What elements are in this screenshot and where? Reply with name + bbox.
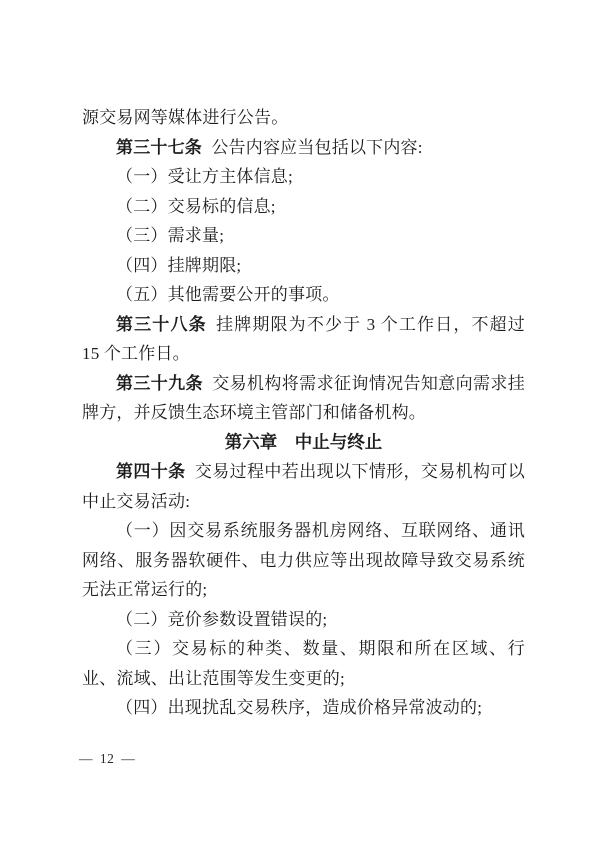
list-item-1: （一）因交易系统服务器机房网络、互联网络、通讯网络、服务器软硬件、电力供应等出现… <box>82 516 525 605</box>
paragraph-text: （二）交易标的信息; <box>116 197 276 216</box>
list-item-4: （四）挂牌期限; <box>82 251 525 281</box>
paragraph-text: 公告内容应当包括以下内容: <box>211 138 422 157</box>
paragraph-text: （三）交易标的种类、数量、期限和所在区域、行业、流域、出让范围等发生变更的; <box>82 639 525 688</box>
document-body: 源交易网等媒体进行公告。 第三十七条公告内容应当包括以下内容: （一）受让方主体… <box>82 103 525 723</box>
article-number: 第四十条 <box>116 462 186 481</box>
list-item-2: （二）竞价参数设置错误的; <box>82 605 525 635</box>
paragraph-text: （五）其他需要公开的事项。 <box>116 285 340 304</box>
list-item-1: （一）受让方主体信息; <box>82 162 525 192</box>
paragraph-text: （一）受让方主体信息; <box>116 167 293 186</box>
paragraph-text: 源交易网等媒体进行公告。 <box>82 108 288 127</box>
chapter-heading: 第六章 中止与终止 <box>82 428 525 458</box>
paragraph-text: （四）挂牌期限; <box>116 256 241 275</box>
paragraph-text: （三）需求量; <box>116 226 224 245</box>
document-page: 源交易网等媒体进行公告。 第三十七条公告内容应当包括以下内容: （一）受让方主体… <box>0 0 600 848</box>
paragraph-article-37: 第三十七条公告内容应当包括以下内容: <box>82 133 525 163</box>
paragraph-text: （二）竞价参数设置错误的; <box>116 610 327 629</box>
list-item-2: （二）交易标的信息; <box>82 192 525 222</box>
paragraph-article-39: 第三十九条交易机构将需求征询情况告知意向需求挂牌方，并反馈生态环境主管部门和储备… <box>82 369 525 428</box>
paragraph-article-38: 第三十八条挂牌期限为不少于 3 个工作日，不超过 15 个工作日。 <box>82 310 525 369</box>
article-number: 第三十七条 <box>116 138 202 157</box>
paragraph-article-40: 第四十条交易过程中若出现以下情形，交易机构可以中止交易活动: <box>82 457 525 516</box>
list-item-4: （四）出现扰乱交易秩序，造成价格异常波动的; <box>82 693 525 723</box>
paragraph-continuation: 源交易网等媒体进行公告。 <box>82 103 525 133</box>
paragraph-text: （四）出现扰乱交易秩序，造成价格异常波动的; <box>116 698 482 717</box>
list-item-5: （五）其他需要公开的事项。 <box>82 280 525 310</box>
list-item-3: （三）交易标的种类、数量、期限和所在区域、行业、流域、出让范围等发生变更的; <box>82 634 525 693</box>
list-item-3: （三）需求量; <box>82 221 525 251</box>
paragraph-text: （一）因交易系统服务器机房网络、互联网络、通讯网络、服务器软硬件、电力供应等出现… <box>82 521 525 599</box>
article-number: 第三十九条 <box>116 374 203 393</box>
article-number: 第三十八条 <box>116 315 207 334</box>
page-number: — 12 — <box>79 750 135 768</box>
